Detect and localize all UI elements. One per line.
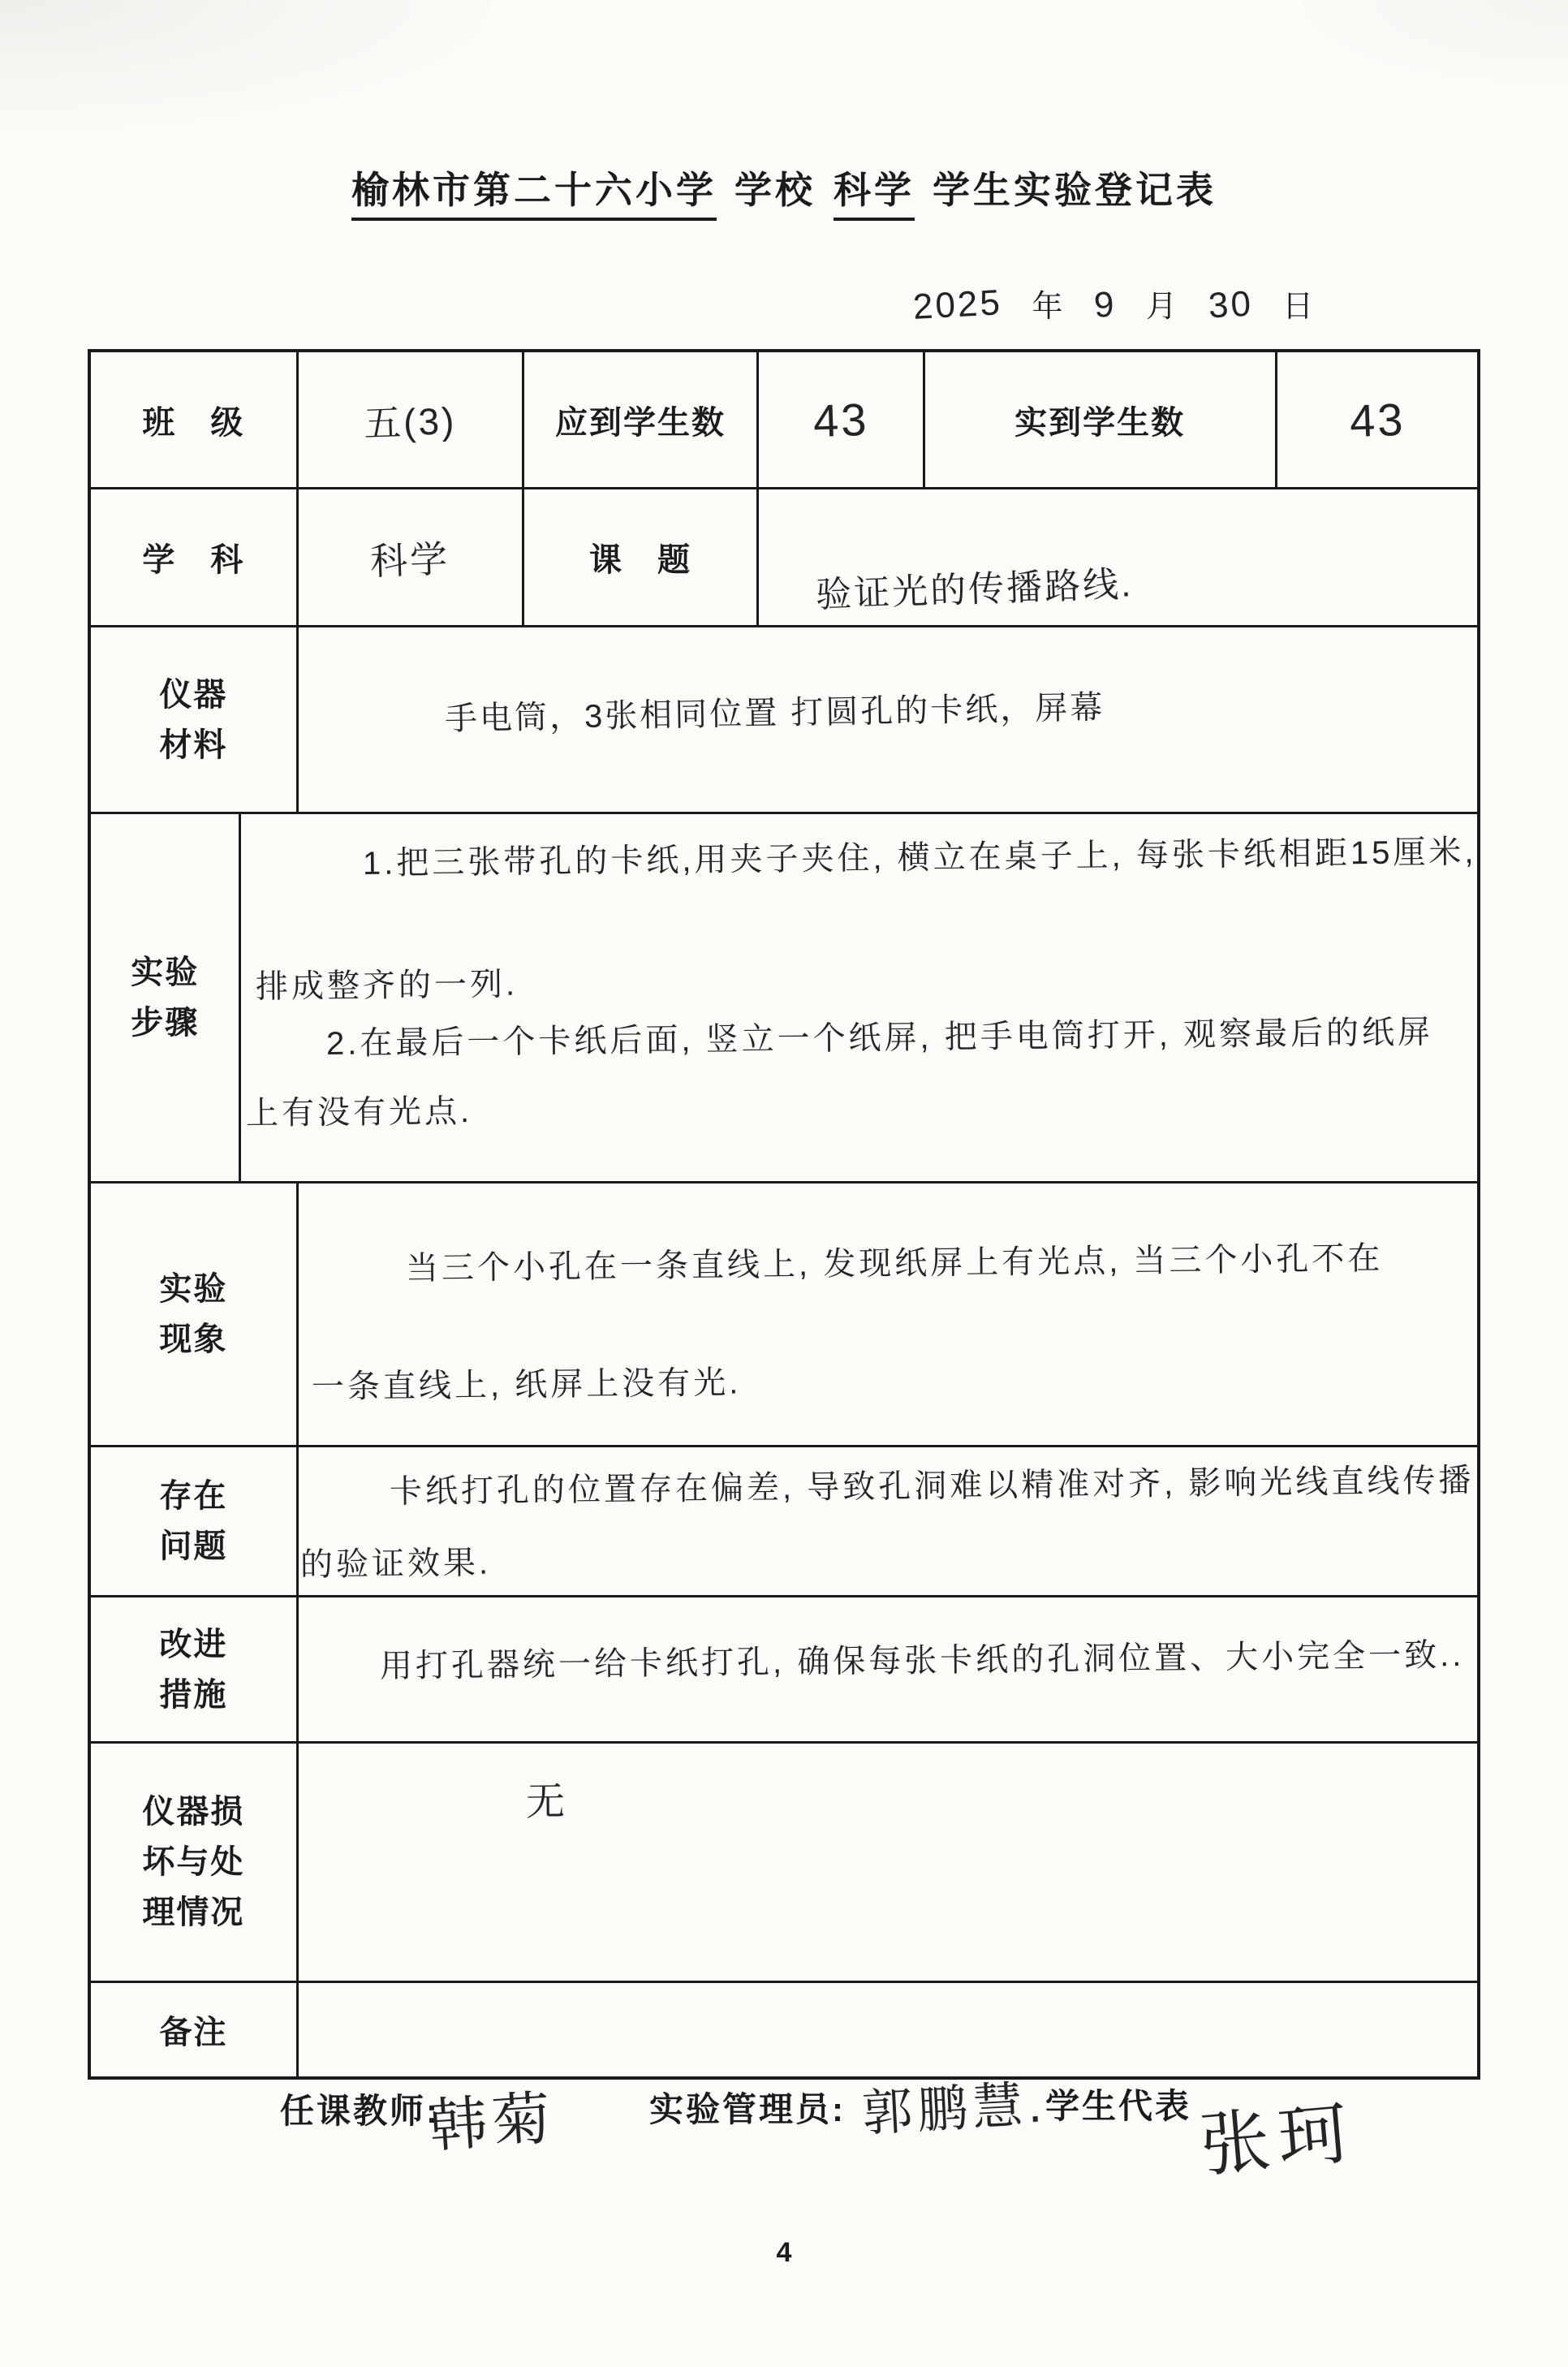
actual-students-value-cell: 43: [1275, 352, 1477, 487]
expected-students-label-cell: 应到学生数: [522, 352, 756, 487]
steps-line-2: 排成整齐的一列.: [256, 952, 1477, 1009]
date-day-value: 30: [1207, 284, 1253, 327]
date-day-label: 日: [1282, 290, 1315, 324]
phenomenon-value-cell: 当三个小孔在一条直线上, 发现纸屏上有光点, 当三个小孔不在 一条直线上, 纸屏…: [296, 1183, 1477, 1445]
title-school-label: 学校: [734, 169, 816, 211]
problems-line-1: 卡纸打孔的位置存在偏差, 导致孔洞难以精准对齐, 影响光线直线传播: [389, 1459, 1477, 1514]
steps-line-1: 1.把三张带孔的卡纸,用夹子夹住, 横立在桌子上, 每张卡纸相距15厘米,: [363, 830, 1477, 886]
steps-label-cell: 实验步骤: [91, 814, 239, 1181]
materials-label-cell: 仪器材料: [91, 627, 296, 812]
row-steps: 实验步骤 1.把三张带孔的卡纸,用夹子夹住, 横立在桌子上, 每张卡纸相距15厘…: [91, 812, 1477, 1181]
improvement-value-cell: 用打孔器统一给卡纸打孔, 确保每张卡纸的孔洞位置、大小完全一致..: [296, 1597, 1477, 1741]
subject-value: 科学: [369, 529, 450, 585]
materials-label: 仪器材料: [158, 670, 228, 770]
topic-label: 课 题: [589, 534, 691, 580]
page-number: 4: [0, 2237, 1568, 2269]
remarks-value-cell: [296, 1983, 1477, 2076]
steps-line-3: 2.在最后一个卡纸后面, 竖立一个纸屏, 把手电筒打开, 观察最后的纸屏: [326, 1010, 1477, 1066]
topic-value: 验证光的传播路线.: [815, 554, 1134, 618]
phenomenon-label-cell: 实验现象: [91, 1183, 296, 1445]
title-subject: 科学: [834, 169, 915, 221]
subject-label: 学 科: [142, 534, 244, 580]
row-subject-topic: 学 科 科学 课 题 验证光的传播路线.: [91, 487, 1477, 625]
form-title: 榆林市第二十六小学学校科学学生实验登记表: [0, 161, 1568, 214]
row-remarks: 备注: [91, 1981, 1477, 2076]
class-label-cell: 班 级: [91, 352, 296, 487]
damage-value-cell: 无: [296, 1744, 1477, 1981]
student-representative-label: 学生代表: [1045, 2080, 1191, 2128]
improvement-label-cell: 改进措施: [91, 1597, 296, 1741]
actual-students-label: 实到学生数: [1014, 397, 1185, 443]
damage-label-cell: 仪器损坏与处理情况: [91, 1744, 296, 1981]
problems-label: 存在问题: [158, 1471, 228, 1572]
class-value-cell: 五(3): [296, 352, 522, 487]
subject-label-cell: 学 科: [91, 489, 296, 625]
student-representative-signature: 张珂: [1200, 2083, 1355, 2184]
topic-label-cell: 课 题: [522, 489, 756, 625]
actual-students-label-cell: 实到学生数: [923, 352, 1275, 487]
row-class: 班 级 五(3) 应到学生数 43 实到学生数 43: [91, 352, 1477, 487]
experiment-registration-table: 班 级 五(3) 应到学生数 43 实到学生数 43 学 科: [88, 349, 1480, 2080]
remarks-label: 备注: [159, 2007, 227, 2053]
date-month-value: 9: [1093, 284, 1118, 326]
problems-value-cell: 卡纸打孔的位置存在偏差, 导致孔洞难以精准对齐, 影响光线直线传播 的验证效果.: [296, 1447, 1477, 1595]
date-month-label: 月: [1146, 290, 1178, 324]
school-name: 榆林市第二十六小学: [351, 169, 717, 221]
expected-students-value-cell: 43: [756, 352, 923, 487]
steps-label: 实验步骤: [130, 947, 200, 1048]
date-year-label: 年: [1032, 290, 1064, 324]
class-value: 五(3): [363, 391, 457, 448]
row-phenomenon: 实验现象 当三个小孔在一条直线上, 发现纸屏上有光点, 当三个小孔不在 一条直线…: [91, 1181, 1477, 1445]
damage-label: 仪器损坏与处理情况: [141, 1787, 245, 1938]
manager-label: 实验管理员:: [649, 2083, 846, 2132]
title-suffix: 学生实验登记表: [933, 169, 1217, 211]
improvement-value: 用打孔器统一给卡纸打孔, 确保每张卡纸的孔洞位置、大小完全一致..: [379, 1633, 1477, 1688]
teacher-signature: 韩菊: [429, 2075, 555, 2159]
subject-value-cell: 科学: [296, 489, 522, 625]
expected-students-value: 43: [812, 392, 870, 446]
phenomenon-line-1: 当三个小孔在一条直线上, 发现纸屏上有光点, 当三个小孔不在: [405, 1235, 1477, 1291]
materials-value-cell: 手电筒，3张相同位置 打圆孔的卡纸，屏幕: [296, 627, 1477, 812]
improvement-label: 改进措施: [158, 1619, 228, 1720]
date-year-value: 2025: [912, 282, 1003, 328]
scanned-form-page: 榆林市第二十六小学学校科学学生实验登记表 2025 年 9 月 30 日 班 级…: [0, 0, 1568, 2367]
damage-value: 无: [525, 1780, 567, 1825]
row-damage: 仪器损坏与处理情况 无: [91, 1741, 1477, 1981]
materials-value: 手电筒，3张相同位置 打圆孔的卡纸，屏幕: [444, 686, 1105, 741]
date-line: 2025 年 9 月 30 日: [905, 281, 1326, 326]
problems-line-2: 的验证效果.: [299, 1531, 1477, 1587]
steps-line-4: 上有没有光点.: [246, 1079, 1477, 1136]
actual-students-value: 43: [1349, 392, 1406, 446]
manager-signature: 郭鹏慧.: [862, 2068, 1046, 2141]
phenomenon-label: 实验现象: [158, 1264, 228, 1365]
row-problems: 存在问题 卡纸打孔的位置存在偏差, 导致孔洞难以精准对齐, 影响光线直线传播 的…: [91, 1445, 1477, 1595]
class-label: 班 级: [142, 397, 244, 443]
expected-students-label: 应到学生数: [555, 397, 726, 443]
row-materials: 仪器材料 手电筒，3张相同位置 打圆孔的卡纸，屏幕: [91, 625, 1477, 812]
phenomenon-line-2: 一条直线上, 纸屏上没有光.: [311, 1353, 1477, 1409]
steps-value-cell: 1.把三张带孔的卡纸,用夹子夹住, 横立在桌子上, 每张卡纸相距15厘米, 排成…: [239, 814, 1477, 1181]
remarks-label-cell: 备注: [91, 1983, 296, 2076]
topic-value-cell: 验证光的传播路线.: [756, 489, 1477, 625]
row-improvement: 改进措施 用打孔器统一给卡纸打孔, 确保每张卡纸的孔洞位置、大小完全一致..: [91, 1595, 1477, 1741]
teacher-label: 任课教师:: [280, 2085, 440, 2133]
problems-label-cell: 存在问题: [91, 1447, 296, 1595]
